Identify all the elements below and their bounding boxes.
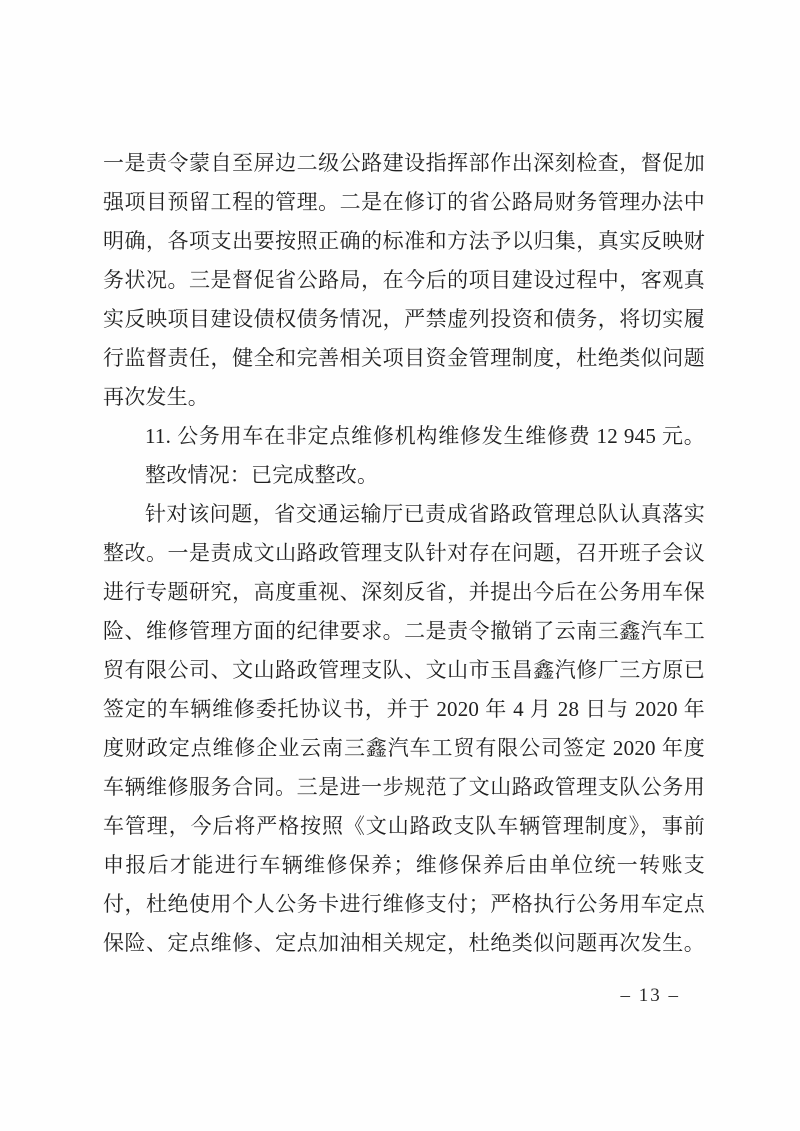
page-number: – 13 – — [621, 985, 681, 1007]
text-line: 进行专题研究，高度重视、深刻反省，并提出今后在公务用车保 — [103, 573, 705, 612]
text-line: 针对该问题，省交通运输厅已责成省路政管理总队认真落实 — [103, 495, 705, 534]
text-line: 行监督责任，健全和完善相关项目资金管理制度，杜绝类似问题 — [103, 339, 705, 378]
text-line: 车辆维修服务合同。三是进一步规范了文山路政管理支队公务用 — [103, 768, 705, 807]
text-line: 贸有限公司、文山路政管理支队、文山市玉昌鑫汽修厂三方原已 — [103, 651, 705, 690]
text-line-item-11: 11. 公务用车在非定点维修机构维修发生维修费 12 945 元。 — [103, 417, 705, 456]
text-line: 签定的车辆维修委托协议书，并于 2020 年 4 月 28 日与 2020 年 — [103, 690, 705, 729]
text-body: 一是责令蒙自至屏边二级公路建设指挥部作出深刻检查，督促加 强项目预留工程的管理。… — [103, 144, 705, 963]
text-line: 付，杜绝使用个人公务卡进行维修支付；严格执行公务用车定点 — [103, 885, 705, 924]
text-line: 申报后才能进行车辆维修保养；维修保养后由单位统一转账支 — [103, 846, 705, 885]
text-line: 一是责令蒙自至屏边二级公路建设指挥部作出深刻检查，督促加 — [103, 144, 705, 183]
text-line-status: 整改情况：已完成整改。 — [103, 456, 705, 495]
text-line: 保险、定点维修、定点加油相关规定，杜绝类似问题再次发生。 — [103, 924, 705, 963]
text-line: 务状况。三是督促省公路局，在今后的项目建设过程中，客观真 — [103, 261, 705, 300]
text-line: 整改。一是责成文山路政管理支队针对存在问题，召开班子会议 — [103, 534, 705, 573]
text-line: 实反映项目建设债权债务情况，严禁虚列投资和债务，将切实履 — [103, 300, 705, 339]
text-line: 险、维修管理方面的纪律要求。二是责令撤销了云南三鑫汽车工 — [103, 612, 705, 651]
document-page: 一是责令蒙自至屏边二级公路建设指挥部作出深刻检查，督促加 强项目预留工程的管理。… — [0, 0, 800, 1131]
text-line: 再次发生。 — [103, 378, 705, 417]
text-line: 车管理，今后将严格按照《文山路政支队车辆管理制度》，事前 — [103, 807, 705, 846]
text-line: 度财政定点维修企业云南三鑫汽车工贸有限公司签定 2020 年度 — [103, 729, 705, 768]
text-line: 明确，各项支出要按照正确的标准和方法予以归集，真实反映财 — [103, 222, 705, 261]
text-line: 强项目预留工程的管理。二是在修订的省公路局财务管理办法中 — [103, 183, 705, 222]
